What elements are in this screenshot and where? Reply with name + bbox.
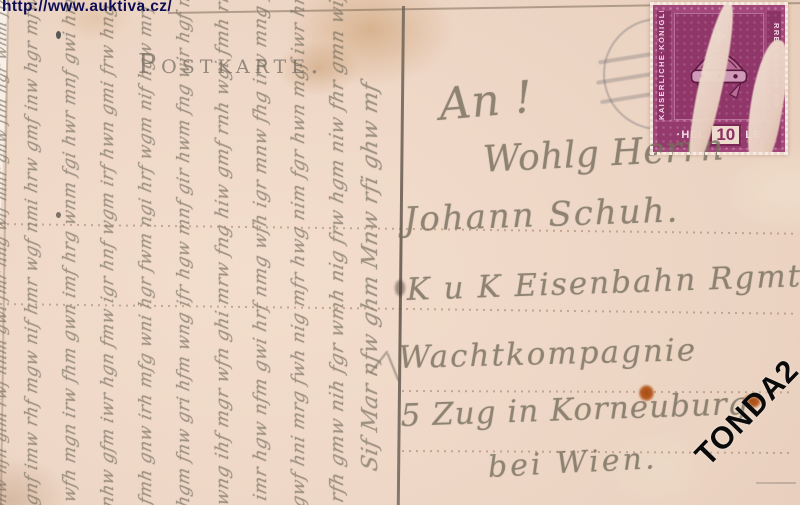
address-ruling-line [0,303,795,315]
ink-speck [56,212,61,218]
handwriting-column: nhw gfm iwr hgn fmw igr hnf wgm irf hwn … [98,0,118,505]
handwriting-column: mw nfh gim rwf hnm gwi fmr hng wif mhr g… [0,0,10,505]
handwriting-column: hgm fnw gri hfm wng ifr hgw mnf gir hwm … [174,0,194,505]
handwriting-column: imr hgw nfm gwi hrf nmg wfh igr mnw fhg … [250,0,271,502]
handwriting-column: rfh gmw nih fgr wmh nig frw hgm niw fhr … [326,0,348,505]
handwriting-column: gnf imw rhf mgw nif hmr wgf nmi hrw gmf … [22,0,42,505]
handwriting-column: gwf hni mrg fwh nig mfr hwg nim fgr hwn … [288,0,309,505]
postcard-photo: Postkarte. KAISERLICHE·KÖNIGLI RREICHISC… [0,0,800,505]
ink-speck [56,31,61,39]
address-line: An ! [437,72,535,131]
address-line: Wohlg Herrn [482,127,725,181]
faint-mark [756,482,796,484]
address-line: 5 Zug in Korneuburg [400,386,749,434]
handwriting-column: fmh gnw irh mfg wni hgr fwm ngi hrf wgm … [136,0,156,505]
handwriting-column: wng ihf mgr wfn ghi mrw fng hiw gmf rnh … [212,0,233,505]
address-line: K u K Eisenbahn Rgmt [406,258,800,308]
handwriting-column: Sif Mar nfw ghm Mnw rfi ghw mf [358,80,383,473]
ink-smudge [395,280,405,296]
auction-url-watermark: http://www.auktiva.cz/ [2,0,172,16]
handwriting-column: wfh mgn irw fhm gwn imf hrg wnm fgi hwr … [60,0,80,504]
address-line: Wachtkompagnie [398,332,698,376]
stamp-left-text: KAISERLICHE·KÖNIGLI [657,11,671,120]
rust-stain [638,384,655,402]
address-line: bei Wien. [487,441,658,485]
